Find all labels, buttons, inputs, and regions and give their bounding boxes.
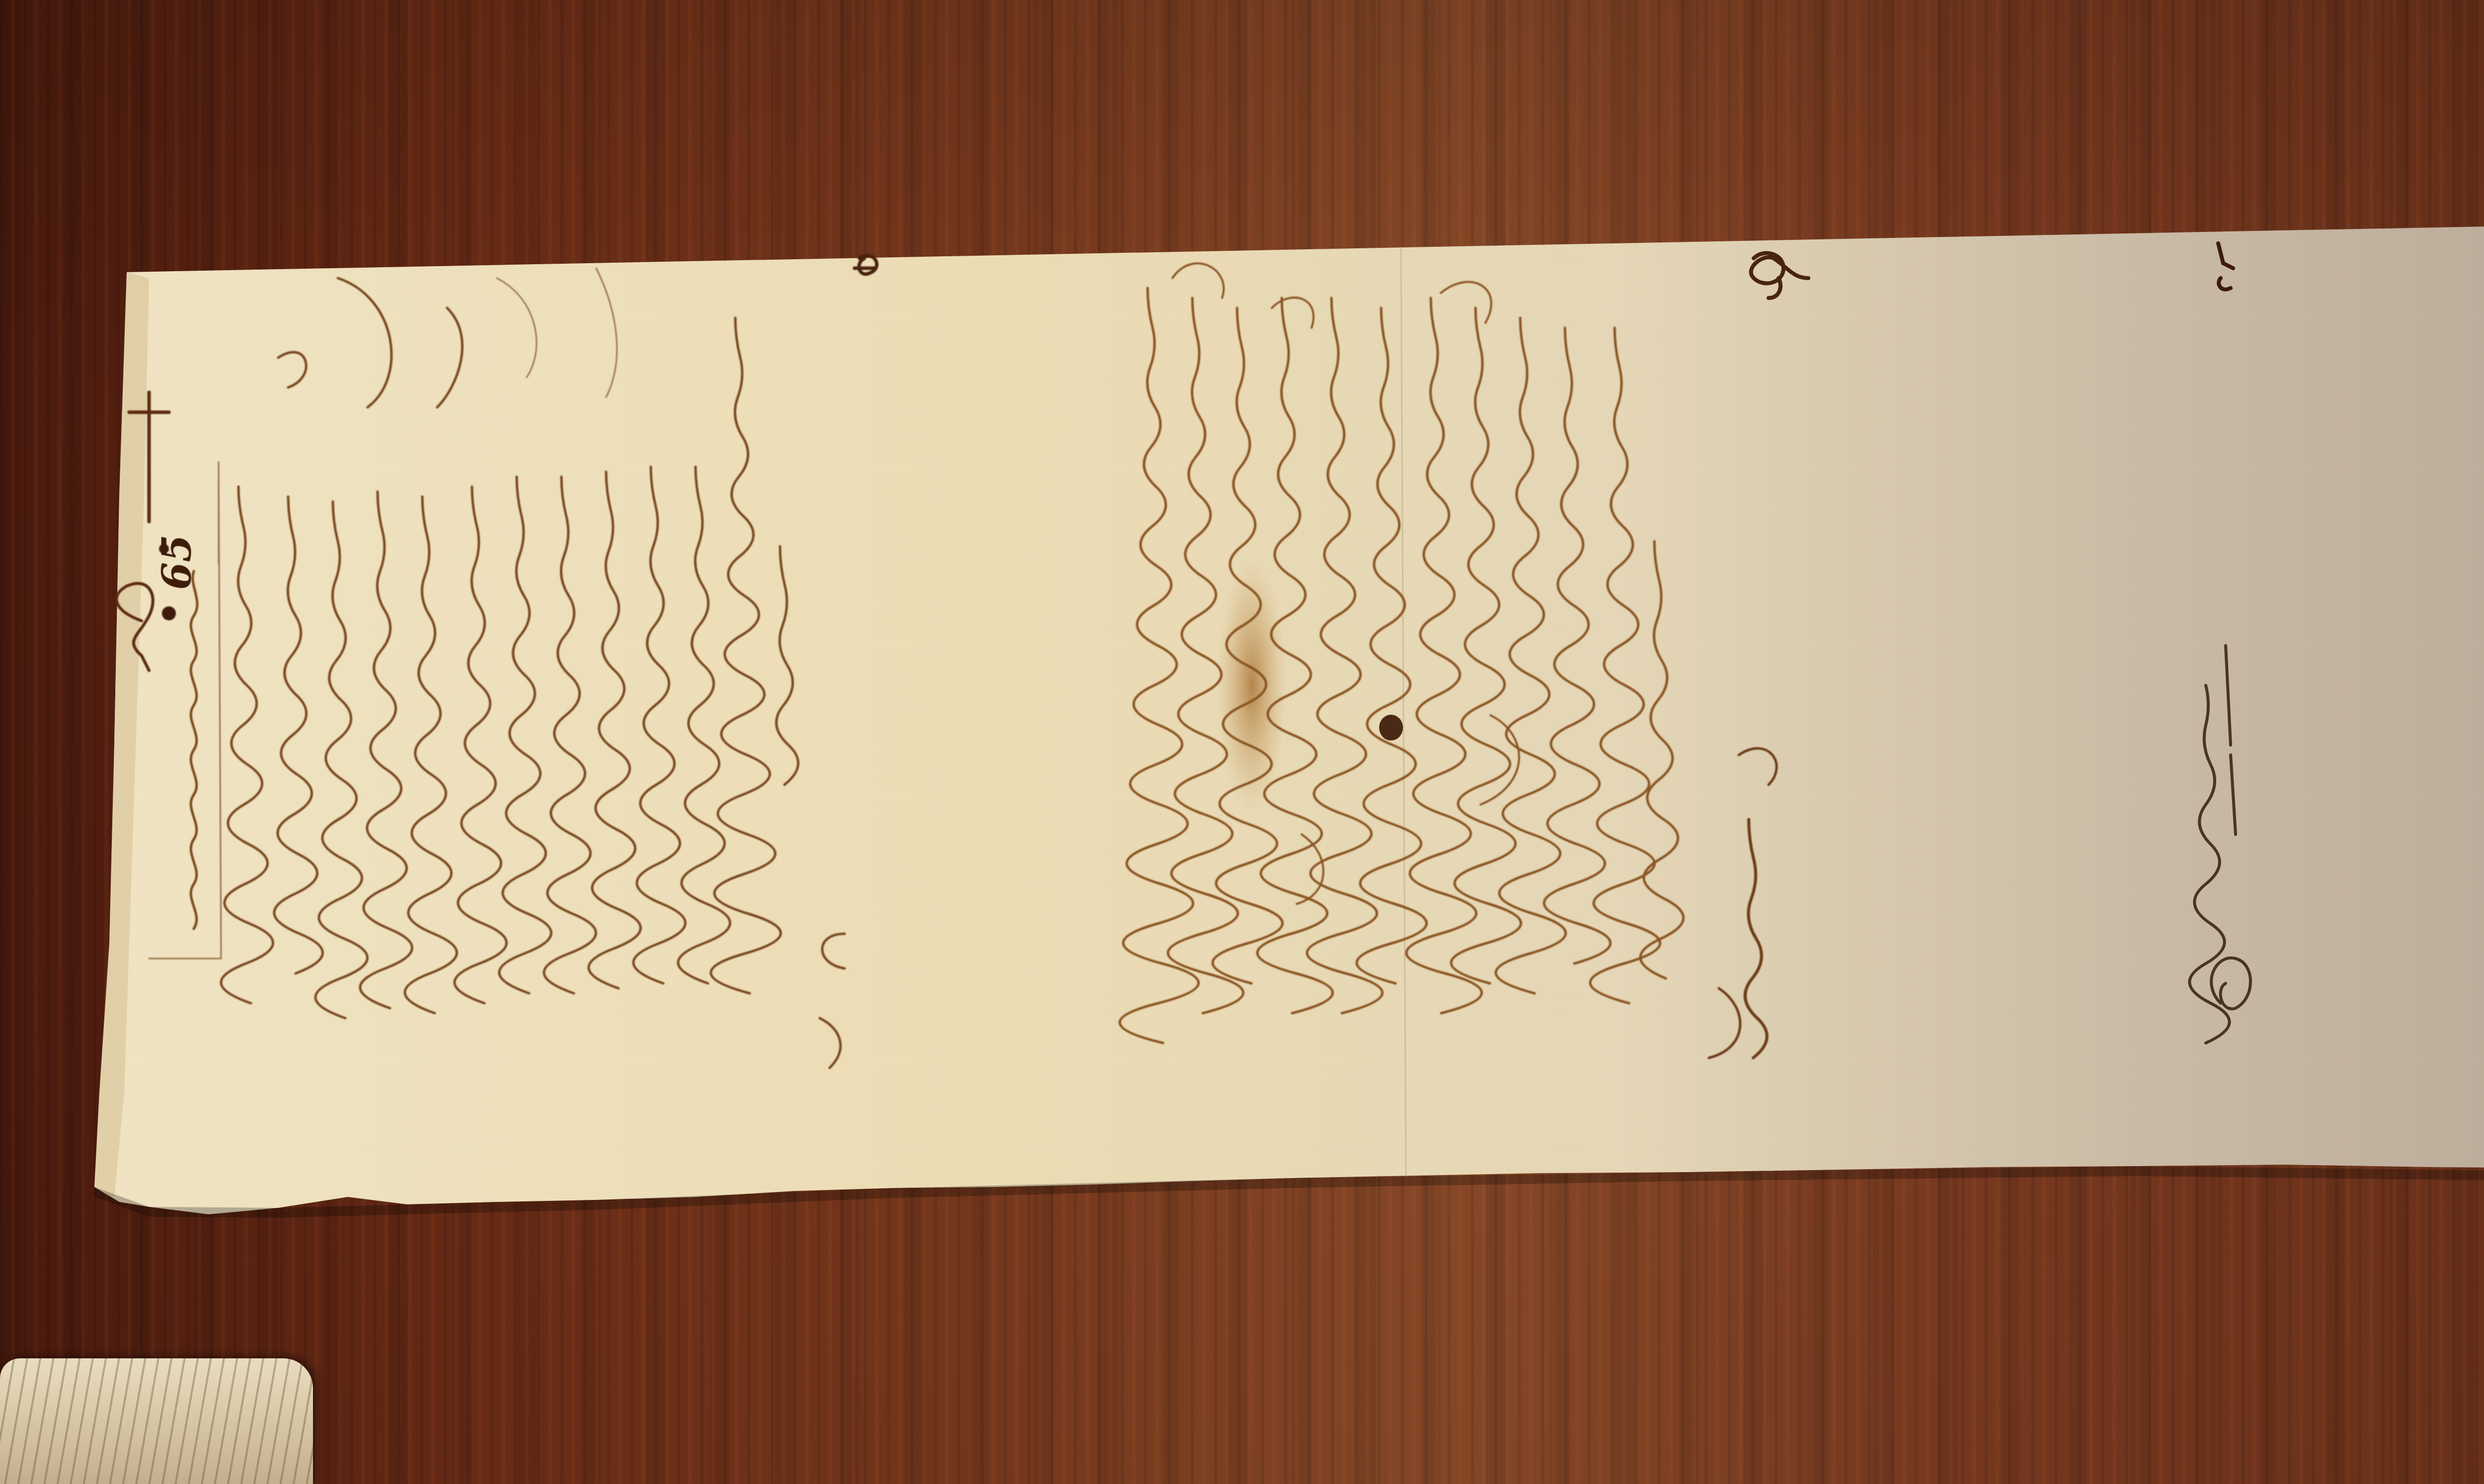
ink-hole [1379,715,1403,741]
foxing-stain [1217,556,1287,815]
foliation-number: 65 [154,534,200,590]
manuscript-leaf [0,0,2484,1484]
paper [94,223,2484,1214]
